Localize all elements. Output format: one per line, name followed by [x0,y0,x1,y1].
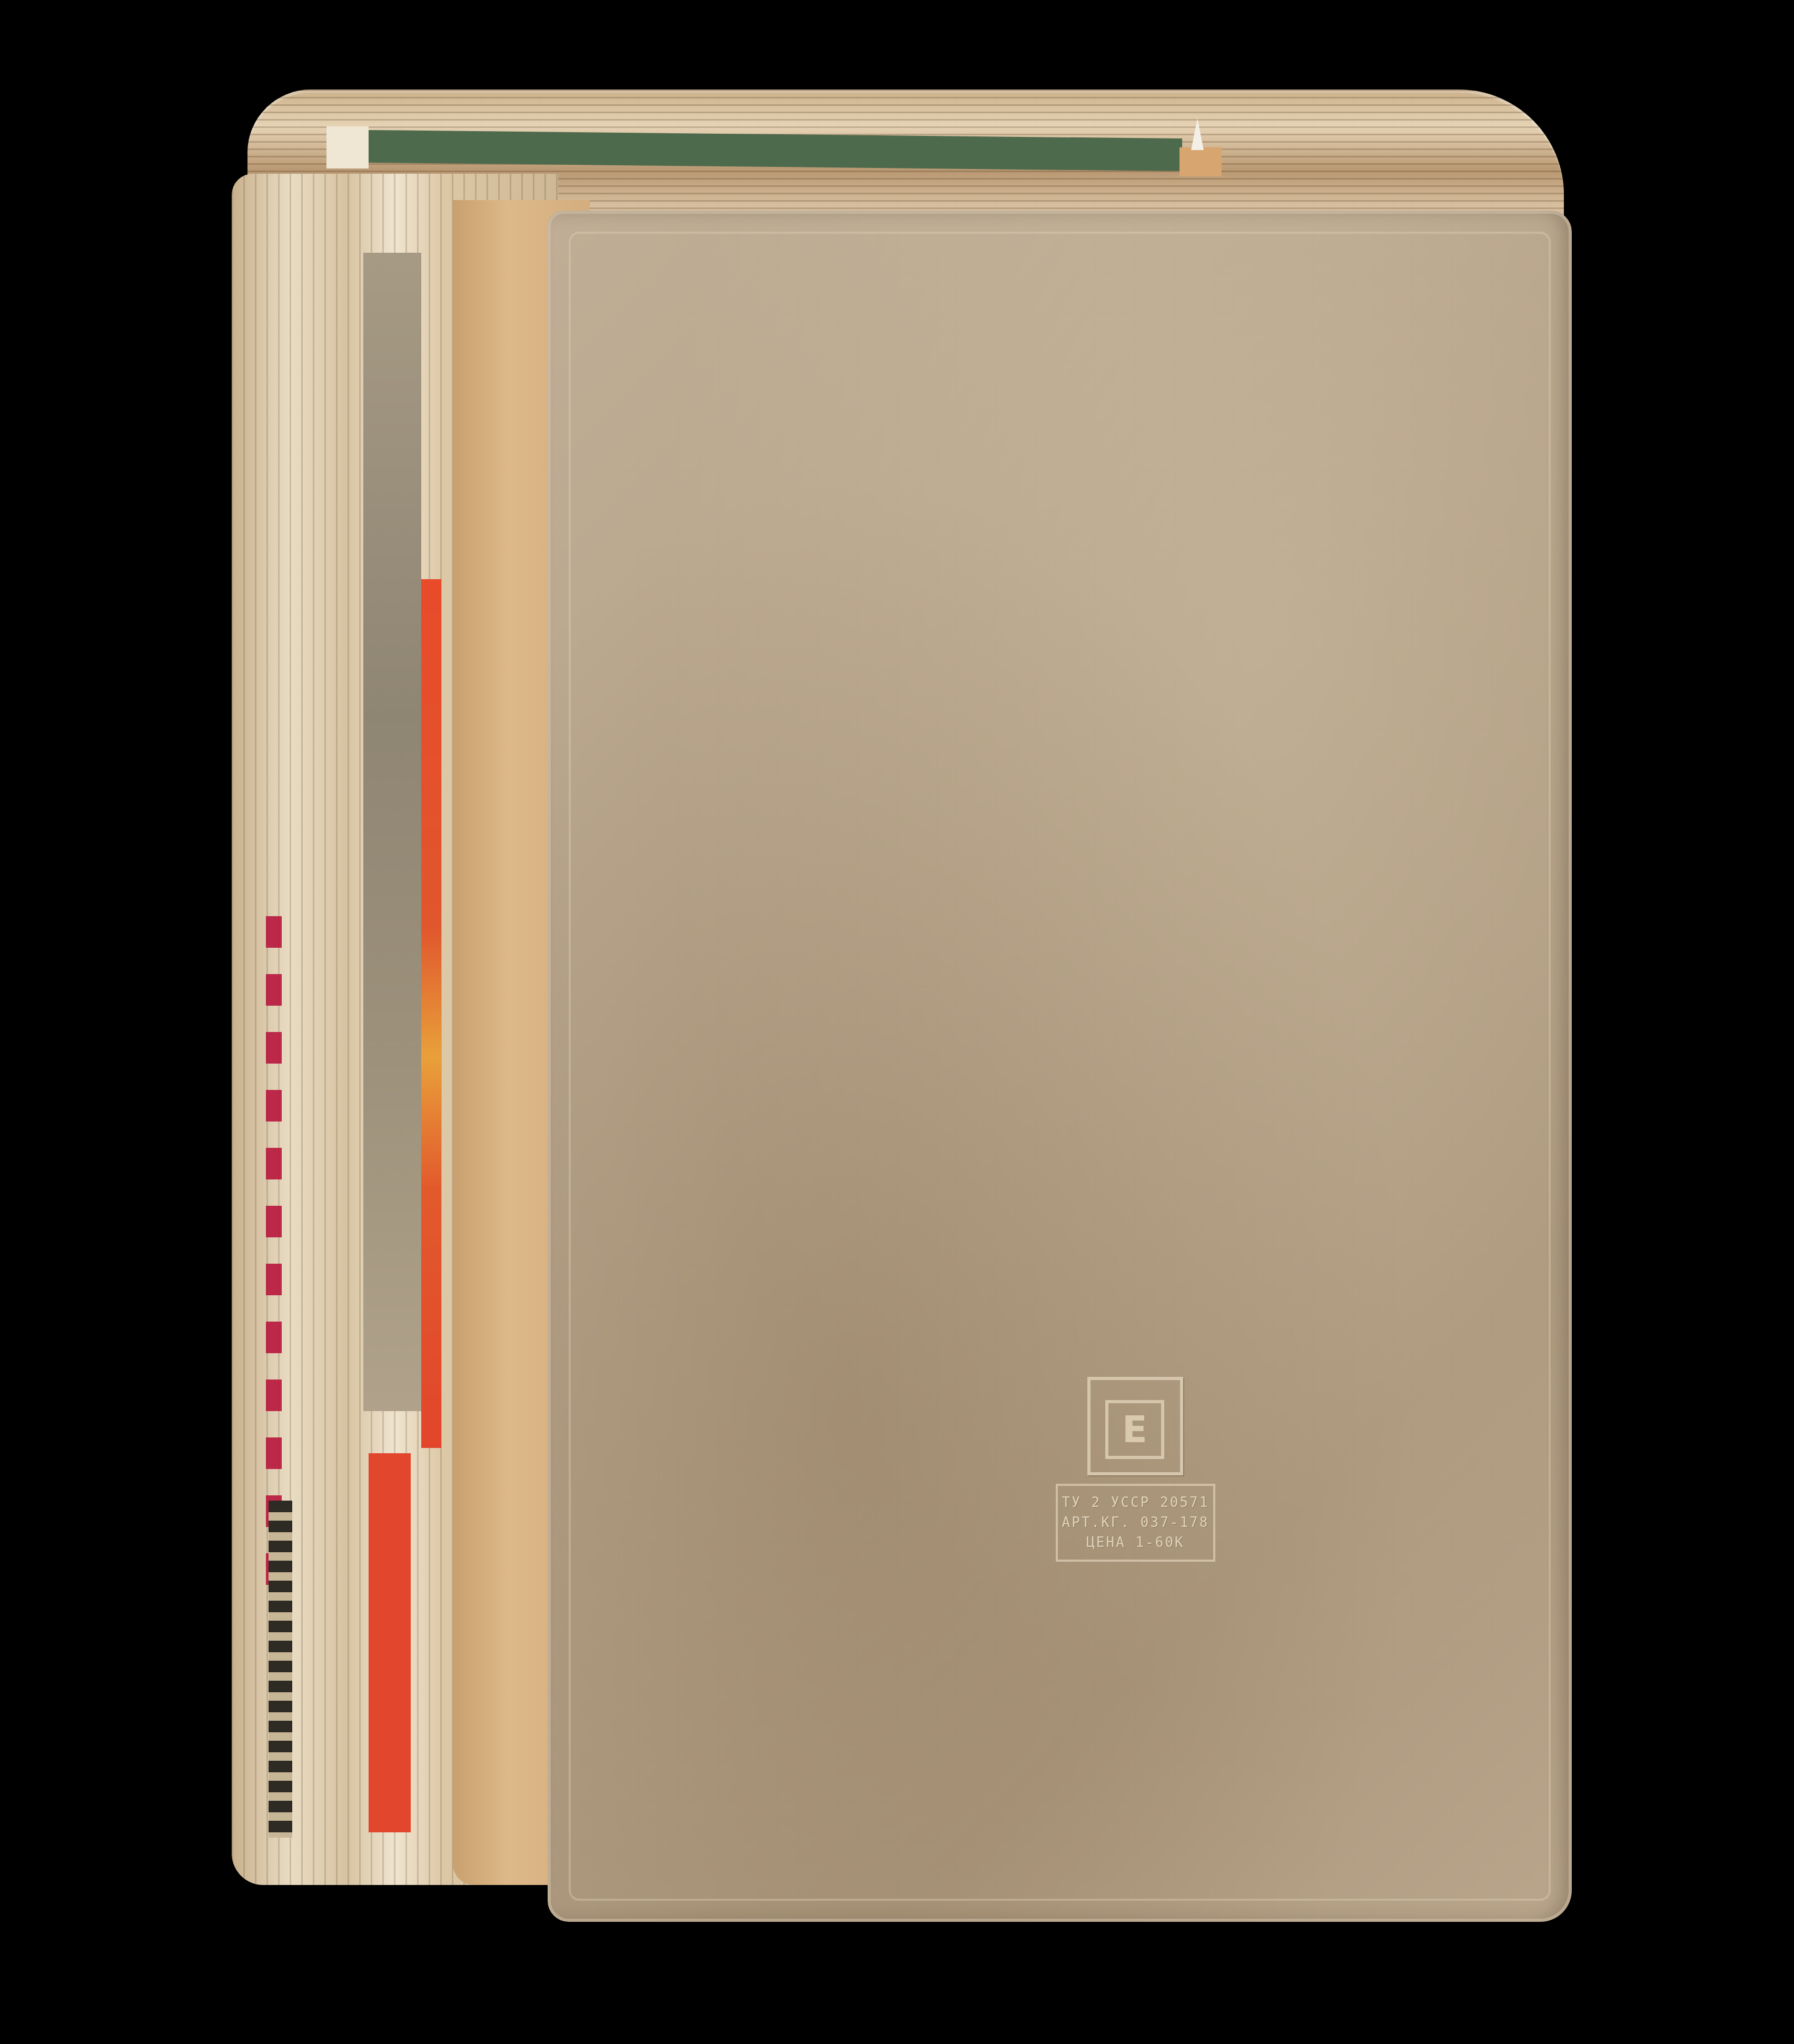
imprint-line-3: ЦЕНА 1-60К [1086,1533,1185,1553]
patterned-page-edge [269,1501,292,1838]
red-page-markings [266,916,282,1601]
white-paper-tip [1191,118,1204,150]
tan-page-tab [1180,147,1222,176]
publisher-logo-icon: Е [1105,1400,1164,1459]
imprint-line-1: ТУ 2 УССР 20571 [1062,1493,1210,1513]
book-photo: Е ТУ 2 УССР 20571 АРТ.КГ. 037-178 ЦЕНА 1… [0,0,1794,2044]
grey-inserted-sheet [363,253,421,1411]
red-inserted-sheet [369,1453,411,1832]
orange-inserted-sheet [421,579,441,1448]
cover-bevel [569,232,1551,1901]
back-cover [548,211,1572,1922]
imprint-line-2: АРТ.КГ. 037-178 [1062,1513,1210,1533]
white-page-tab [326,126,369,168]
publisher-emblem: Е [1087,1377,1183,1475]
imprint-label: ТУ 2 УССР 20571 АРТ.КГ. 037-178 ЦЕНА 1-6… [1056,1484,1215,1562]
